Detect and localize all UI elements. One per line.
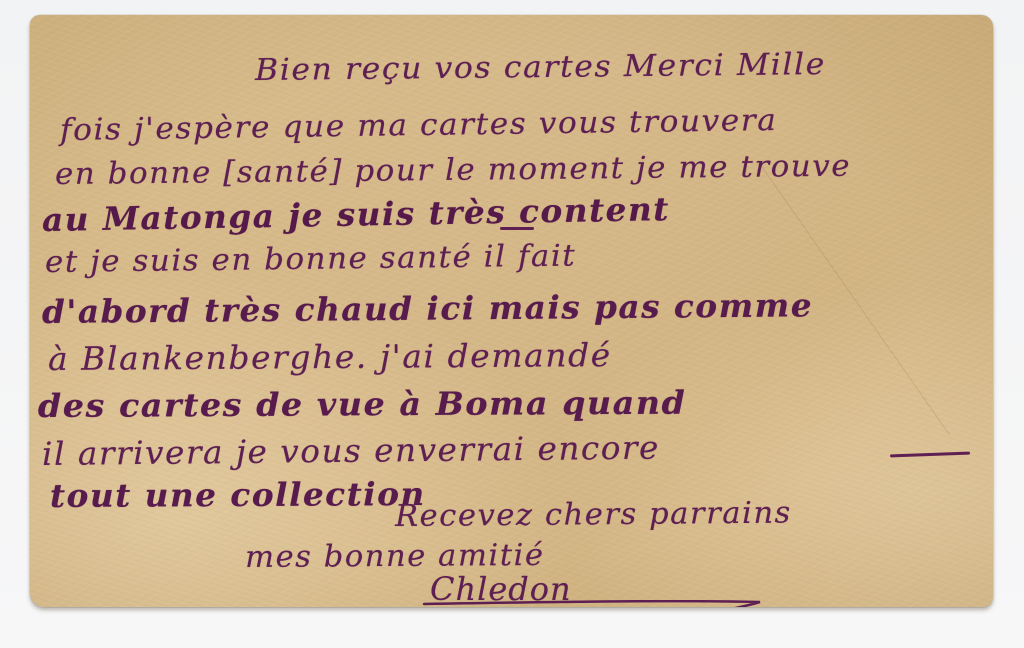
line-4-trailing-stroke: [500, 227, 534, 230]
postcard: Bien reçu vos cartes Merci Mille fois j'…: [30, 15, 993, 607]
handwritten-line-3: en bonne [santé] pour le moment je me tr…: [55, 149, 851, 192]
line-9-trailing-stroke: [890, 452, 970, 458]
signature-flourish-icon: [420, 600, 780, 607]
handwritten-line-6: d'abord très chaud ici mais pas comme: [42, 286, 813, 331]
handwritten-line-7: à Blankenberghe. j'ai demandé: [48, 336, 612, 378]
scan-background: Bien reçu vos cartes Merci Mille fois j'…: [0, 0, 1024, 648]
handwritten-line-2: fois j'espère que ma cartes vous trouver…: [60, 103, 778, 148]
handwritten-line-9: il arrivera je vous enverrai encore: [42, 429, 660, 473]
handwritten-line-4: au Matonga je suis très content: [42, 190, 670, 239]
handwritten-line-10: tout une collection: [50, 475, 426, 515]
signature-block: Chledon: [430, 570, 572, 607]
closing-line-1: Recevez chers parrains: [395, 496, 792, 534]
handwritten-line-1: Bien reçu vos cartes Merci Mille: [255, 47, 826, 88]
handwritten-line-5: et je suis en bonne santé il fait: [45, 239, 577, 280]
handwritten-line-8: des cartes de vue à Boma quand: [38, 384, 687, 425]
